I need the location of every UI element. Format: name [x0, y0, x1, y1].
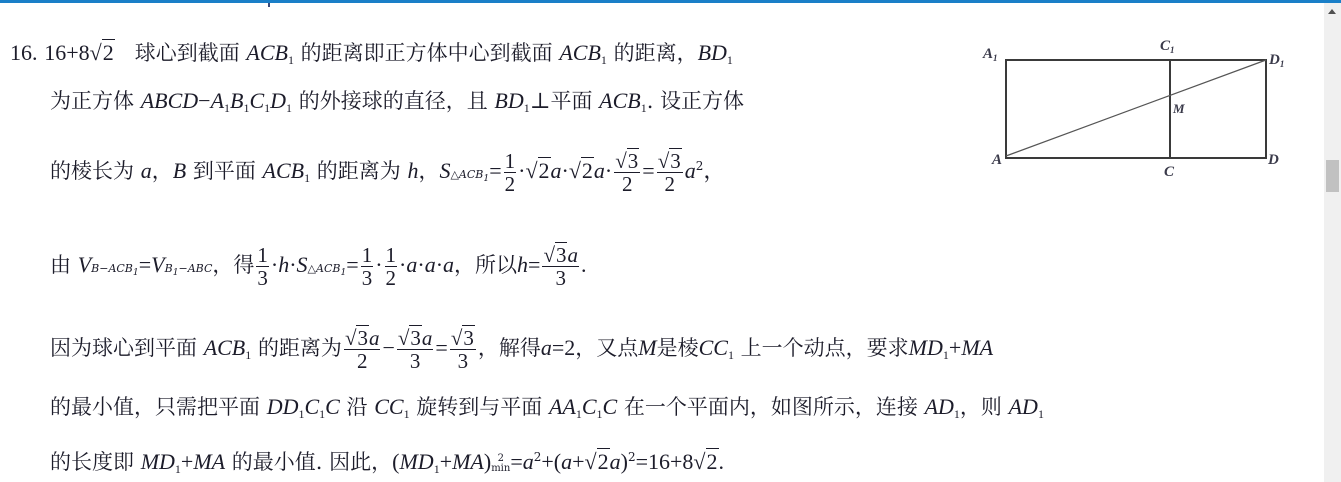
solution-line-1: 16. 16+8√2 球心到截面 ACB1 的距离即正方体中心到截面 ACB1 … [10, 40, 733, 73]
solution-line-2: 为正方体 ABCD−A1B1C1D1 的外接球的直径，且 BD1⊥平面 ACB1… [50, 88, 744, 121]
text: 因为球心到平面 [50, 336, 197, 360]
text: ，所以 [454, 253, 517, 277]
text: ， [152, 159, 173, 183]
document-content: 16. 16+8√2 球心到截面 ACB1 的距离即正方体中心到截面 ACB1 … [0, 0, 1324, 482]
label-A: A [991, 152, 1002, 168]
question-number: 16. [10, 40, 38, 65]
text: ，得 [212, 253, 254, 277]
scroll-up-arrow-icon[interactable] [1328, 9, 1336, 14]
solution-line-7: 的长度即 MD1+MA 的最小值. 因此，(MD1+MA)2min=a2+(a+… [50, 444, 724, 482]
text: 是棱 [657, 336, 699, 360]
text: 的长度即 [50, 450, 134, 474]
label-C: C [1164, 164, 1175, 180]
solution-line-3: 的棱长为 a，B 到平面 ACB1 的距离为 h，S△ACB1=12·√2a·√… [50, 150, 725, 195]
label-D: D [1267, 152, 1279, 168]
scrollbar-thumb[interactable] [1326, 160, 1339, 192]
text: 的距离， [614, 41, 698, 65]
text: 沿 [347, 395, 368, 419]
text: 球心到截面 [135, 41, 240, 65]
text: 到平面 [193, 159, 256, 183]
text: 的棱长为 [50, 159, 134, 183]
text: 平面 [550, 89, 592, 113]
text: 在一个平面内，如图所示，连接 [624, 395, 918, 419]
solution-line-6: 的最小值，只需把平面 DD1C1C 沿 CC1 旋转到与平面 AA1C1C 在一… [50, 394, 1044, 427]
text: . 设正方体 [647, 89, 744, 113]
text: 的距离为 [258, 336, 342, 360]
solution-line-5: 因为球心到平面 ACB1 的距离为√3a2−√3a3=√33，解得a=2，又点M… [50, 327, 993, 372]
label-M: M [1172, 101, 1185, 116]
answer: 16+8√2 [44, 40, 115, 65]
label-C1: C1 [1160, 38, 1175, 55]
text: ， [418, 159, 439, 183]
label-A1: A1 [982, 46, 998, 63]
text: ，解得 [478, 336, 541, 360]
text: ，则 [960, 395, 1002, 419]
text: 的距离即正方体中心到截面 [301, 41, 553, 65]
text: 的最小值. 因此， [232, 450, 392, 474]
text: 旋转到与平面 [416, 395, 542, 419]
text: 的距离为 [317, 159, 401, 183]
text: ，又点 [575, 336, 638, 360]
geometry-diagram: A1 C1 D1 M A C D [980, 30, 1300, 190]
unfolded-planes-figure: A1 C1 D1 M A C D [980, 30, 1300, 190]
solution-line-4: 由 VB−ACB1=VB1−ABC，得13·h·S△ACB1=13·12·a·a… [50, 244, 586, 289]
text: 为正方体 [50, 89, 134, 113]
text: 的最小值，只需把平面 [50, 395, 260, 419]
label-D1: D1 [1268, 52, 1284, 69]
vertical-scrollbar[interactable] [1324, 3, 1341, 482]
text: 的外接球的直径，且 [299, 89, 488, 113]
text: 上一个动点，要求 [741, 336, 909, 360]
text: 由 [50, 253, 71, 277]
